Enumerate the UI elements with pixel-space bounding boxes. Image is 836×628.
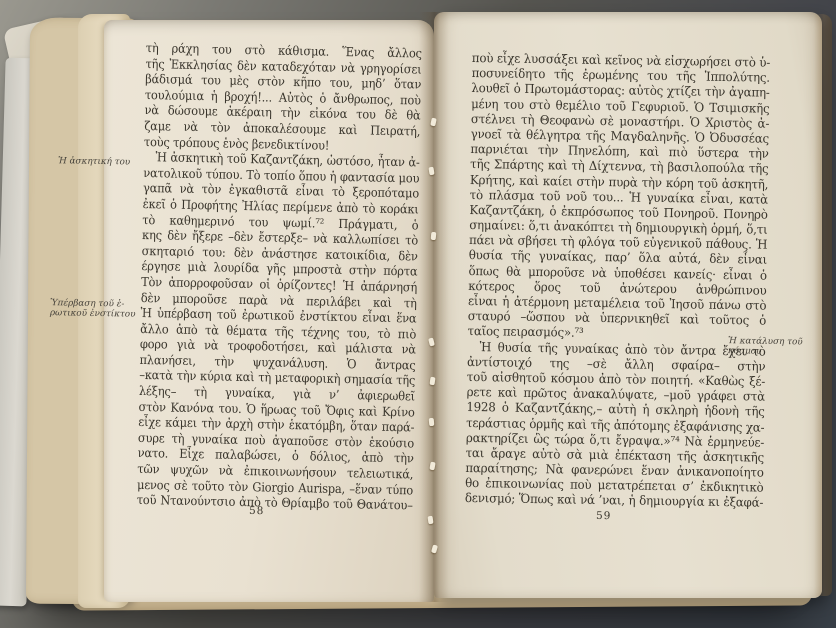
right-page-fore-edge: [814, 14, 832, 596]
right-page-text: ποὺ εἶχε λυσσάξει καὶ κεῖνος νὰ εἰσχωρήσ…: [465, 50, 770, 510]
binding-stitch: [431, 232, 437, 240]
photo-of-open-book: Ἡ ἀσκητική του Ὑπέρβαση τοῦ ἐ- ρωτικοῦ ἐ…: [0, 0, 836, 628]
margin-note-erotic-instinct: Ὑπέρβαση τοῦ ἐ- ρωτικοῦ ἐνστίκτου: [50, 298, 148, 320]
margin-note-asceticism: Ἡ ἀσκητική του: [58, 156, 150, 168]
margin-note-line: ρωτικοῦ ἐνστίκτου: [50, 308, 148, 320]
page-number-left: 58: [249, 505, 265, 517]
binding-stitch: [429, 418, 435, 426]
margin-note-line: Ἡ ἀσκητική του: [58, 156, 150, 168]
binding-stitch: [427, 516, 433, 525]
binding-stitch: [428, 167, 434, 176]
left-page-text: τὴ ράχη του στὸ κάθισμα. Ἕνας ἄλλος πρίγ…: [137, 40, 422, 513]
book-gutter: [419, 12, 449, 602]
page-number-right: 59: [596, 510, 612, 522]
